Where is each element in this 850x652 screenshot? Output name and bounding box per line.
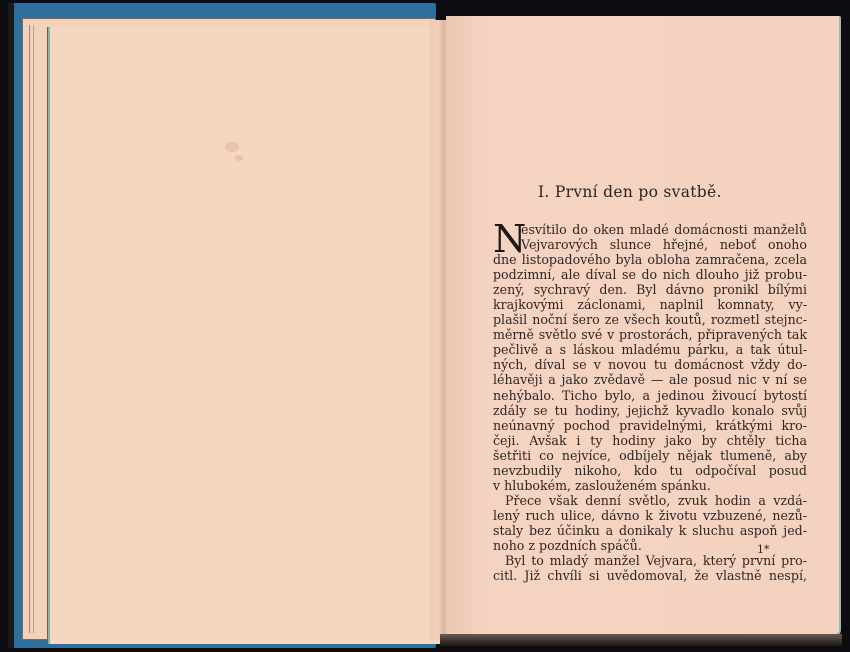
paper-stain bbox=[225, 142, 239, 152]
text-line: staly bez účinku a donikaly k sluchu asp… bbox=[493, 523, 807, 538]
signature-mark: 1* bbox=[757, 543, 770, 556]
text-line: lený ruch ulice, dávno k životu vzbuzené… bbox=[493, 508, 807, 523]
text-line: léhavěji a jako zvědavě — ale posud nic … bbox=[493, 372, 807, 387]
text-line: plašil noční šero ze všech koutů, rozmet… bbox=[493, 312, 807, 327]
page-edges bbox=[29, 25, 34, 633]
chapter-title: I. První den po svatbě. bbox=[538, 183, 722, 201]
text-line: krajkovými záclonami, naplnil komnaty, v… bbox=[493, 297, 807, 312]
page-bottom-edge bbox=[440, 634, 842, 646]
text-line: pečlivě a s láskou mladému párku, a tak … bbox=[493, 342, 807, 357]
text-line: podzimní, ale díval se do nich dlouho ji… bbox=[493, 267, 807, 282]
body-text: N esvítilo do oken mladé domácnosti manž… bbox=[493, 222, 807, 583]
text-line: dne listopadového byla obloha zamračena,… bbox=[493, 252, 807, 267]
text-line: Vejvarových slunce hřejné, neboť onoho bbox=[493, 237, 807, 252]
text-line: citl. Již chvíli si uvědomoval, že vlast… bbox=[493, 568, 807, 583]
text-line: měrně světlo své v prostorách, připraven… bbox=[493, 327, 807, 342]
text-line: v hlubokém, zaslouženém spánku. bbox=[493, 478, 807, 493]
text-line: Přece však denní světlo, zvuk hodin a vz… bbox=[493, 493, 807, 508]
paper-stain bbox=[235, 155, 243, 161]
text-line: zený, sychravý den. Byl dávno pronikl bí… bbox=[493, 282, 807, 297]
text-line: neúnavný pochod pravidelnými, krátkými k… bbox=[493, 418, 807, 433]
text-line: čeji. Avšak i ty hodiny jako by chtěly t… bbox=[493, 433, 807, 448]
text-line: esvítilo do oken mladé domácnosti manžel… bbox=[493, 222, 807, 237]
left-page-blank bbox=[48, 27, 450, 644]
drop-cap: N bbox=[493, 222, 526, 256]
text-line: zdály se tu hodiny, jejichž kyvadlo kona… bbox=[493, 403, 807, 418]
text-line: ných, díval se v novou tu domácnost vždy… bbox=[493, 357, 807, 372]
text-line: nevzbudily nikoho, kdo tu odpočíval posu… bbox=[493, 463, 807, 478]
text-line: nehýbalo. Ticho bylo, a jedinou živoucí … bbox=[493, 388, 807, 403]
text-line: šetřiti co nejvíce, odbíjely nějak tlume… bbox=[493, 448, 807, 463]
